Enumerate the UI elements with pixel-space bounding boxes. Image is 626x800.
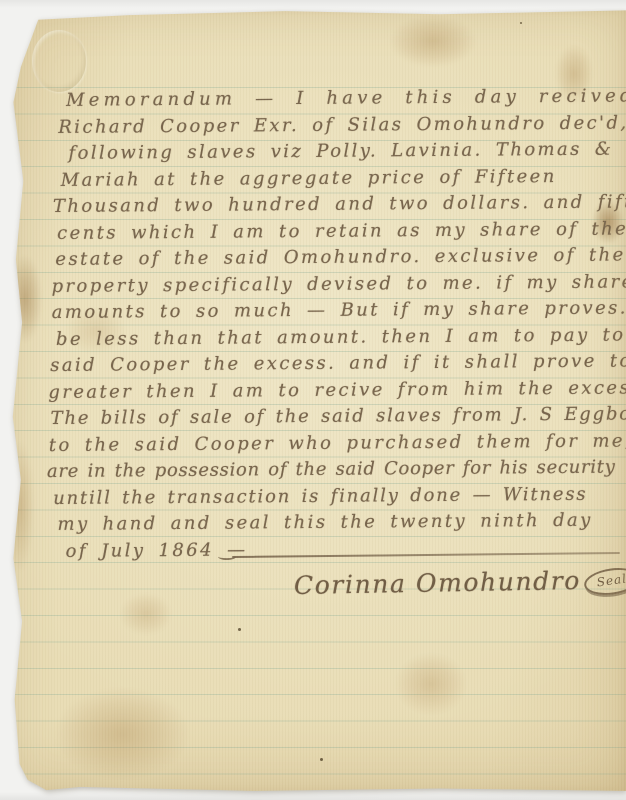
stain-blotch [395, 653, 467, 715]
manuscript-line: The bills of sale of the said slaves fro… [50, 401, 626, 432]
paper-sheet: Memorandum — I have this day recived of … [6, 8, 626, 794]
seal-scribble: Seal [582, 564, 626, 598]
ink-speck [238, 628, 241, 631]
manuscript-line: said Cooper the excess. and if it shall … [50, 348, 626, 379]
manuscript-line: amounts to so much — But if my share pro… [52, 295, 626, 326]
document-scan: Memorandum — I have this day recived of … [0, 0, 626, 800]
stain-blotch [390, 15, 476, 67]
manuscript-line: of July 1864 — [66, 534, 626, 565]
manuscript-line: Thousand two hundred and two dollars. an… [53, 189, 625, 220]
manuscript-line: following slaves viz Polly. Lavinia. Tho… [68, 136, 624, 167]
ink-speck [320, 758, 323, 761]
signature: Corinna Omohundro [294, 566, 581, 600]
manuscript-line: my hand and seal this the twenty ninth d… [57, 507, 626, 538]
manuscript-line: are in the possession of the said Cooper… [47, 454, 626, 485]
ink-speck [520, 22, 522, 24]
stain-blotch [6, 440, 34, 572]
paper-surface: Memorandum — I have this day recived of … [6, 8, 626, 794]
manuscript-line: Memorandum — I have this day recived of [66, 83, 624, 114]
stain-blotch [120, 593, 172, 635]
signature-row: Corinna OmohundroSeal [294, 565, 626, 600]
manuscript-text: Memorandum — I have this day recived of … [46, 83, 626, 565]
embossed-seal-mark [32, 30, 86, 92]
stain-blotch [55, 688, 189, 780]
seal-label: Seal [596, 571, 626, 589]
stain-blotch [8, 255, 42, 343]
manuscript-line: estate of the said Omohundro. exclusive … [55, 242, 625, 273]
